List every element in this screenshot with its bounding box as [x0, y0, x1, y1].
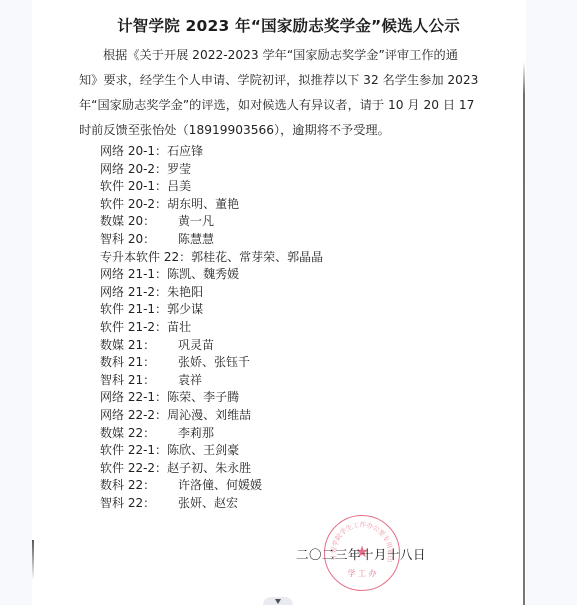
candidate-row: 网络 21-1：陈凯、魏秀媛: [100, 266, 323, 284]
class-label: 软件 20-2：: [100, 196, 167, 214]
candidate-row: 数媒 20：黄一凡: [100, 213, 323, 231]
candidate-row: 软件 21-1：郭少谋: [100, 301, 323, 319]
candidate-names: 李莉那: [178, 425, 214, 443]
candidate-row: 智科 22：张妍、赵宏: [100, 495, 323, 513]
page-edge-shadow: [523, 62, 525, 605]
class-label: 网络 20-2：: [100, 161, 167, 179]
paragraph-line: 时前反馈至张怡处（18919903566），逾期将不予受理。: [79, 118, 479, 143]
candidate-row: 网络 21-2：朱艳阳: [100, 284, 323, 302]
class-label: 专升本软件 22：: [100, 249, 191, 267]
candidate-row: 网络 22-1：陈荣、李子腾: [100, 389, 323, 407]
candidate-names: 陈慧慧: [178, 231, 214, 249]
class-label: 网络 21-2：: [100, 284, 167, 302]
candidate-row: 软件 22-1：陈欣、王剑豪: [100, 442, 323, 460]
candidate-names: 胡东明、董艳: [167, 196, 239, 214]
candidate-names: 张娇、张钰千: [178, 354, 250, 372]
candidate-row: 软件 22-2：赵子初、朱永胜: [100, 460, 323, 478]
paragraph-line: 知》要求，经学生个人申请、学院初评，拟推荐以下 32 名学生参加 2023: [79, 68, 479, 93]
svg-text:学 工 办: 学 工 办: [347, 568, 377, 578]
expand-button[interactable]: [263, 597, 293, 605]
class-label: 智科 21：: [100, 372, 178, 390]
class-label: 软件 21-2：: [100, 319, 167, 337]
class-label: 软件 22-1：: [100, 442, 167, 460]
class-label: 数科 21：: [100, 354, 178, 372]
candidate-names: 石应锋: [167, 143, 203, 161]
candidate-names: 陈欣、王剑豪: [167, 442, 239, 460]
candidate-list: 网络 20-1：石应锋网络 20-2：罗莹软件 20-1：吕美软件 20-2：胡…: [100, 143, 323, 512]
class-label: 软件 20-1：: [100, 178, 167, 196]
candidate-names: 朱艳阳: [167, 284, 203, 302]
candidate-row: 智科 20：陈慧慧: [100, 231, 323, 249]
candidate-row: 专升本软件 22：郭桂花、常芽荣、郭晶晶: [100, 249, 323, 267]
candidate-names: 陈凯、魏秀媛: [167, 266, 239, 284]
candidate-names: 赵子初、朱永胜: [167, 460, 251, 478]
candidate-names: 巩灵苗: [178, 337, 214, 355]
notice-title: 计智学院 2023 年“国家励志奖学金”候选人公示: [0, 14, 577, 36]
class-label: 软件 22-2：: [100, 460, 167, 478]
class-label: 网络 22-2：: [100, 407, 167, 425]
class-label: 数媒 22：: [100, 425, 178, 443]
candidate-names: 陈荣、李子腾: [167, 389, 239, 407]
candidate-row: 数科 22：许洛僮、何媛媛: [100, 477, 323, 495]
candidate-names: 黄一凡: [178, 213, 214, 231]
page-edge-shadow-left: [32, 540, 34, 580]
class-label: 智科 22：: [100, 495, 178, 513]
candidate-names: 许洛僮、何媛媛: [178, 477, 262, 495]
candidate-row: 软件 21-2：苗壮: [100, 319, 323, 337]
notice-paragraph: 根据《关于开展 2022-2023 学年“国家励志奖学金”评审工作的通 知》要求…: [79, 43, 479, 143]
candidate-names: 罗莹: [167, 161, 191, 179]
candidate-row: 软件 20-2：胡东明、董艳: [100, 196, 323, 214]
candidate-row: 智科 21：袁祥: [100, 372, 323, 390]
candidate-row: 数科 21：张娇、张钰千: [100, 354, 323, 372]
candidate-names: 周沁漫、刘维喆: [167, 407, 251, 425]
class-label: 软件 21-1：: [100, 301, 167, 319]
candidate-names: 郭少谋: [167, 301, 203, 319]
candidate-row: 数媒 21：巩灵苗: [100, 337, 323, 355]
candidate-names: 吕美: [167, 178, 191, 196]
candidate-row: 软件 20-1：吕美: [100, 178, 323, 196]
class-label: 数科 22：: [100, 477, 178, 495]
class-label: 网络 21-1：: [100, 266, 167, 284]
candidate-row: 网络 20-1：石应锋: [100, 143, 323, 161]
paragraph-line: 年“国家励志奖学金”的评选，如对候选人有异议者，请于 10 月 20 日 17: [79, 93, 479, 118]
candidate-row: 网络 20-2：罗莹: [100, 161, 323, 179]
class-label: 网络 22-1：: [100, 389, 167, 407]
candidate-names: 袁祥: [178, 372, 202, 390]
candidate-row: 网络 22-2：周沁漫、刘维喆: [100, 407, 323, 425]
candidate-row: 数媒 22：李莉那: [100, 425, 323, 443]
candidate-names: 张妍、赵宏: [178, 495, 238, 513]
paragraph-line: 根据《关于开展 2022-2023 学年“国家励志奖学金”评审工作的通: [79, 43, 479, 68]
class-label: 网络 20-1：: [100, 143, 167, 161]
class-label: 数媒 20：: [100, 213, 178, 231]
notice-date: 二〇二三年十月十八日: [296, 545, 426, 563]
class-label: 智科 20：: [100, 231, 178, 249]
chevron-down-icon: [275, 599, 281, 604]
candidate-names: 苗壮: [167, 319, 191, 337]
candidate-names: 郭桂花、常芽荣、郭晶晶: [191, 249, 323, 267]
class-label: 数媒 21：: [100, 337, 178, 355]
